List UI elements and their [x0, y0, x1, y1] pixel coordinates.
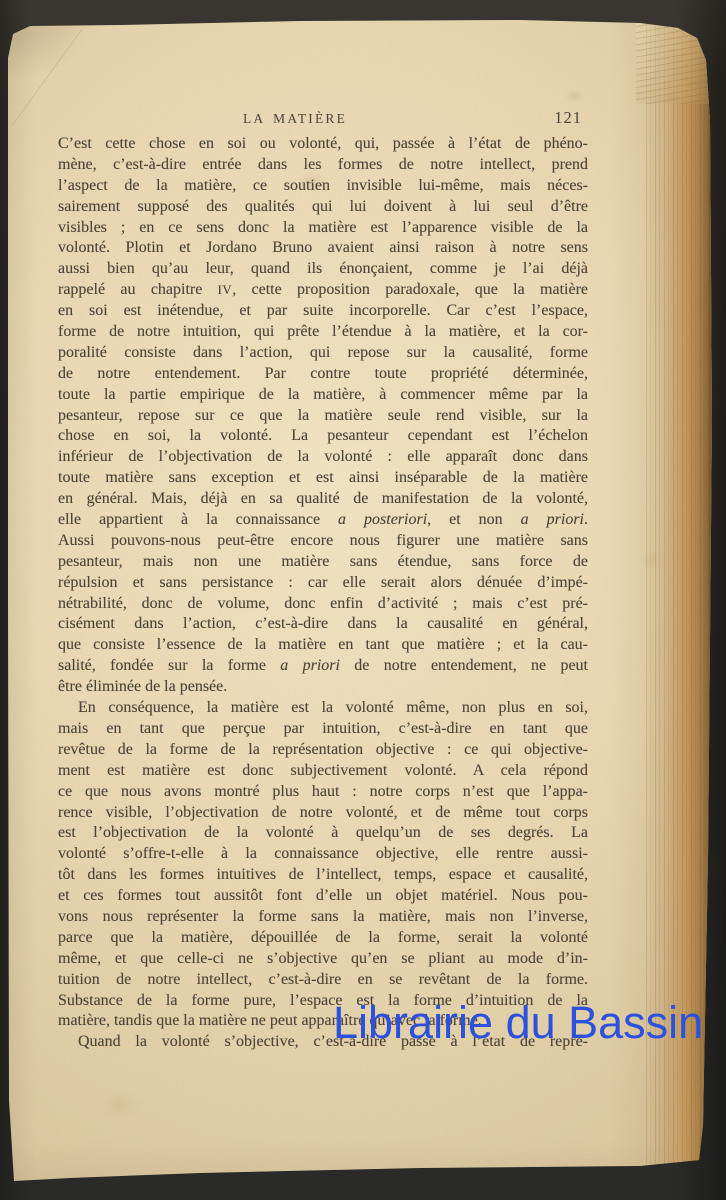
- text-line: sairement supposé des qualités qui lui d…: [58, 197, 588, 218]
- text-line: chose en soi, la volonté. La pesanteur c…: [58, 426, 588, 447]
- text-line: même, et que celle-ci ne s’objective qu’…: [58, 949, 588, 970]
- page-header: LA MATIÈRE 121: [58, 111, 588, 131]
- text-block: C’est cette chose en soi ou volonté, qui…: [58, 134, 588, 1053]
- text-line: cisément dans l’action, c’est-à-dire dan…: [58, 614, 588, 635]
- text-line: forme de notre intuition, qui prête l’ét…: [58, 322, 588, 343]
- running-title: LA MATIÈRE: [58, 111, 532, 127]
- text-line: inférieur de l’objectivation de la volon…: [58, 447, 588, 468]
- text-line: en soi est inétendue, et par suite incor…: [58, 301, 588, 322]
- text-line: que consiste l’essence de la matière en …: [58, 635, 588, 656]
- text-line: tuition de notre intellect, c’est-à-dire…: [58, 970, 588, 991]
- text-line: et ces formes tout aussitôt font d’elle …: [58, 886, 588, 907]
- text-line: ce que nous avons montré plus haut : not…: [58, 782, 588, 803]
- text-line: visibles ; en ce sens donc la matière es…: [58, 218, 588, 239]
- text-line: en général. Mais, déjà en sa qualité de …: [58, 489, 588, 510]
- text-line: être éliminée de la pensée.: [58, 677, 588, 698]
- photo-backdrop: LA MATIÈRE 121 C’est cette chose en soi …: [0, 0, 726, 1200]
- text-line: parce que la matière, dépouillée de la f…: [58, 928, 588, 949]
- text-line: Aussi pouvons-nous peut-être encore nous…: [58, 531, 588, 552]
- text-line: En conséquence, la matière est la volont…: [58, 698, 588, 719]
- text-line: est l’objectivation de la volonté à quel…: [58, 823, 588, 844]
- watermark: Librairie du Bassin: [333, 999, 718, 1047]
- page-number: 121: [554, 108, 582, 128]
- text-line: rappelé au chapitre iv, cette propositio…: [58, 280, 588, 301]
- text-line: répulsion et sans persistance : car elle…: [58, 573, 588, 594]
- text-line: pesanteur, mais non une matière sans éte…: [58, 552, 588, 573]
- text-line: l’aspect de la matière, ce soutien invis…: [58, 176, 588, 197]
- page-edges: [646, 24, 712, 1164]
- text-line: poralité consiste dans l’action, qui rep…: [58, 343, 588, 364]
- text-line: rence visible, l’objectivation de notre …: [58, 803, 588, 824]
- text-line: toute matière sans exception et est ains…: [58, 468, 588, 489]
- text-line: salité, fondée sur la forme a priori de …: [58, 656, 588, 677]
- text-line: mais en tant que perçue par intuition, c…: [58, 719, 588, 740]
- text-line: revêtue de la forme de la représentation…: [58, 740, 588, 761]
- text-line: toute la partie empirique de la matière,…: [58, 385, 588, 406]
- text-line: volonté s’offre-t-elle à la connaissance…: [58, 844, 588, 865]
- text-line: de notre entendement. Par contre toute p…: [58, 364, 588, 385]
- text-line: aussi bien qu’au leur, quand ils énonçai…: [58, 259, 588, 280]
- text-line: elle appartient à la connaissance a post…: [58, 510, 588, 531]
- page-corner-leaves: [636, 20, 714, 104]
- text-line: C’est cette chose en soi ou volonté, qui…: [58, 134, 588, 155]
- text-line: nétrabilité, donc de volume, donc enfin …: [58, 594, 588, 615]
- text-line: tôt dans les formes intuitives de l’inte…: [58, 865, 588, 886]
- text-line: volonté. Plotin et Jordano Bruno avaient…: [58, 238, 588, 259]
- text-line: pesanteur, repose sur ce que la matière …: [58, 406, 588, 427]
- text-line: vons nous représenter la forme sans la m…: [58, 907, 588, 928]
- text-line: ment est matière est donc subjectivement…: [58, 761, 588, 782]
- text-line: mène, c’est-à-dire entrée dans les forme…: [58, 155, 588, 176]
